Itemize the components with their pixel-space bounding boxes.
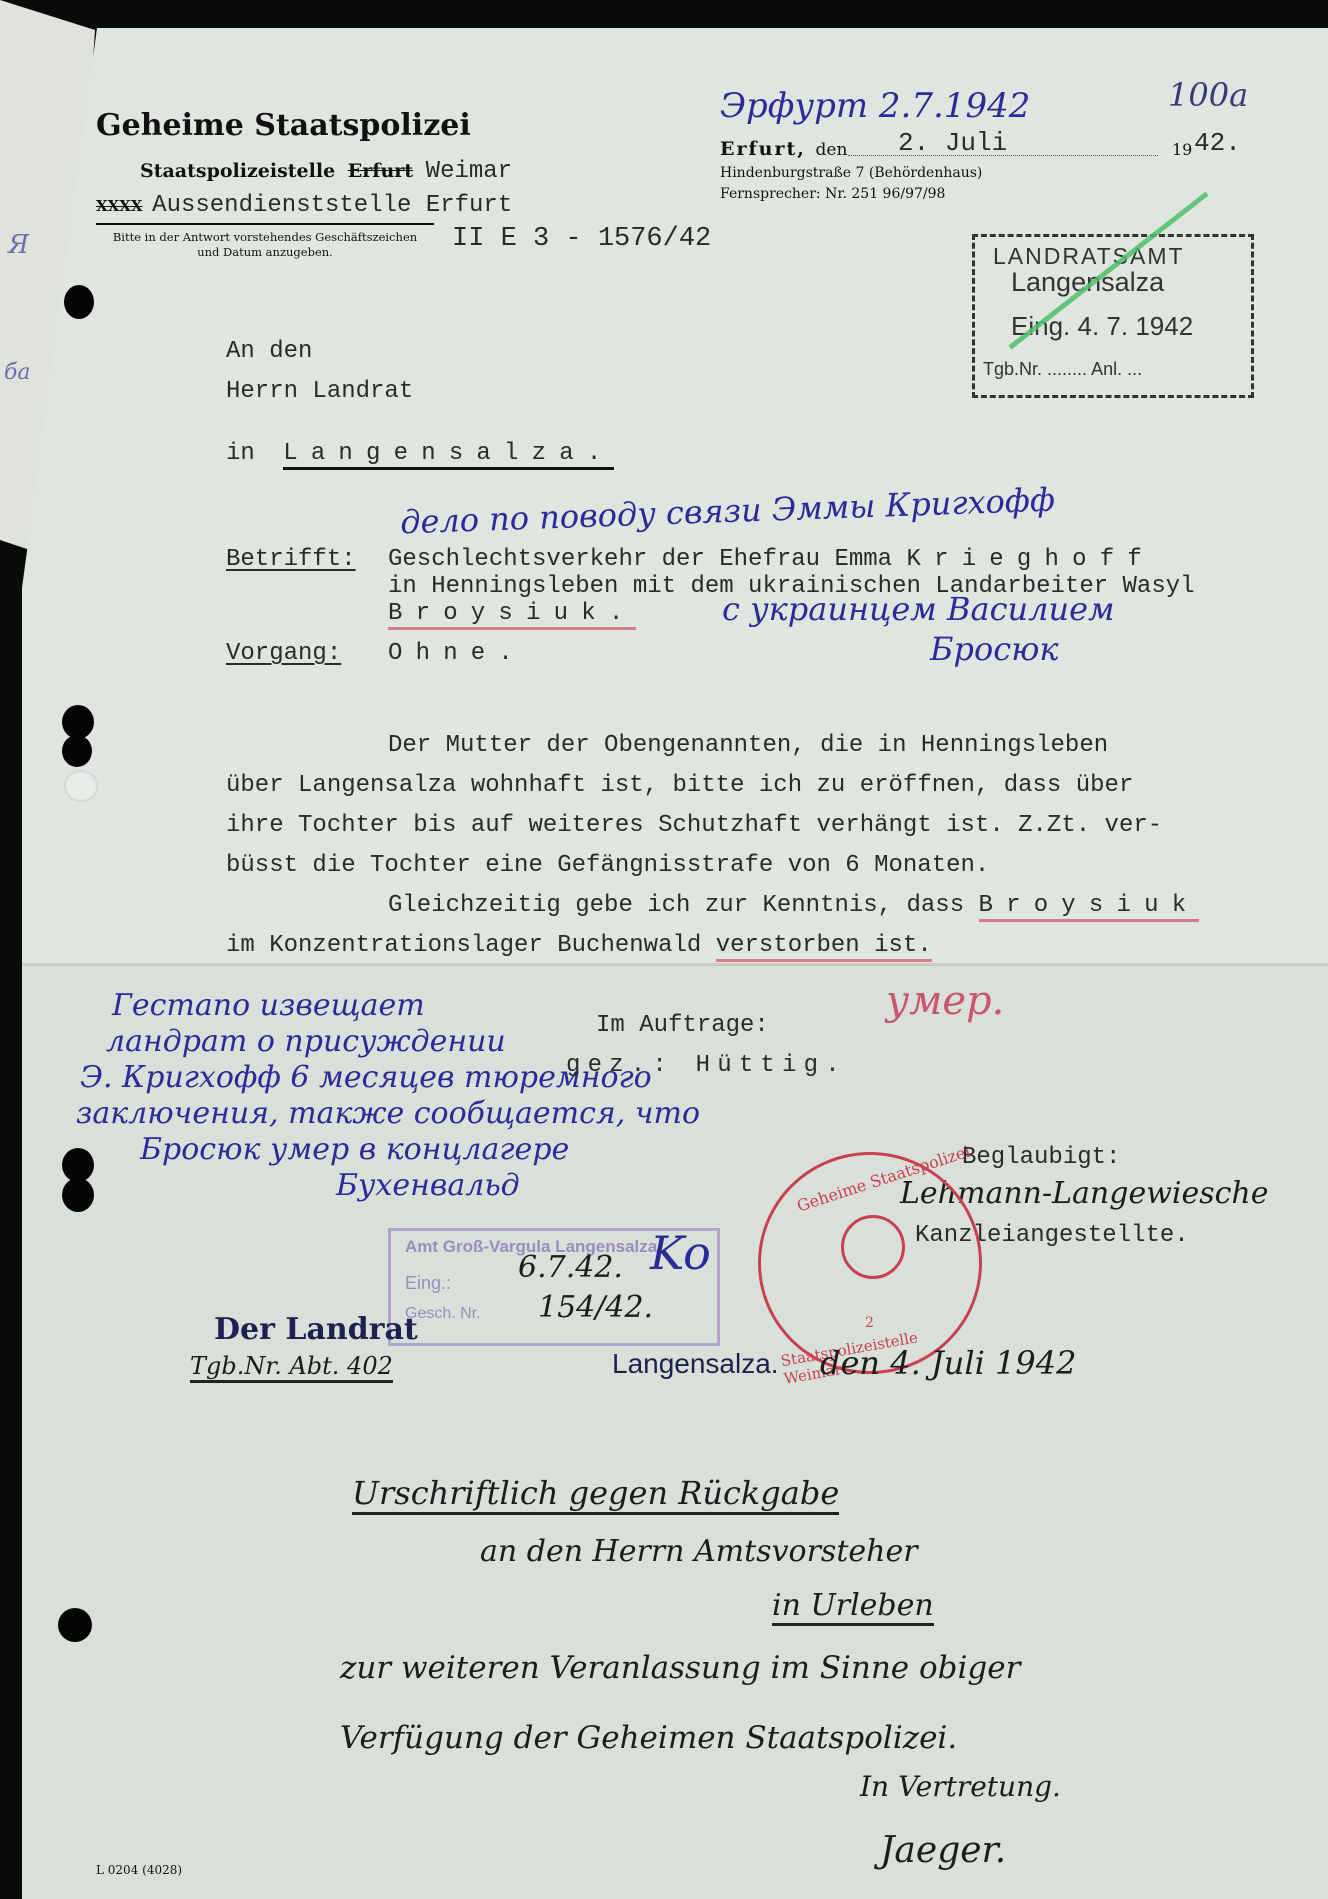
landrat-city: Langensalza.	[612, 1348, 779, 1380]
date-year-suffix: 42.	[1194, 128, 1241, 158]
letterhead-rule	[96, 223, 434, 225]
punch-hole	[64, 770, 98, 802]
violet-eing-value: 6.7.42.	[518, 1250, 623, 1285]
receipt-stamp: LANDRATSAMT Langensalza Eing. 4. 7. 1942…	[972, 234, 1254, 398]
violet-gesch-value: 154/42.	[538, 1290, 653, 1325]
branch-name: Aussendienststelle Erfurt	[152, 192, 512, 219]
subject-text: Geschlechtsverkehr der Ehefrau Emma	[388, 546, 892, 573]
subject-label: Betrifft:	[226, 546, 356, 573]
stamp-anl-label: Anl.	[1091, 359, 1122, 379]
fold-line	[22, 963, 1328, 966]
body-line: über Langensalza wohnhaft ist, bitte ich…	[226, 772, 1133, 799]
summary-line: Бросюк умер в концлагере	[76, 1132, 700, 1168]
office-typed: Weimar	[426, 158, 512, 185]
summary-line: заключения, также сообщается, что	[76, 1096, 700, 1132]
stamp-line1: LANDRATSAMT	[993, 243, 1185, 270]
landrat-tgb: Tgb.Nr. Abt. 402	[190, 1352, 393, 1383]
stamp-eing-value: 4. 7. 1942	[1078, 311, 1194, 341]
punch-hole	[58, 1608, 92, 1642]
date-year-prefix: 19	[1172, 140, 1192, 159]
stamp-tgb: Tgb.Nr. ........ Anl. ...	[983, 359, 1142, 380]
landrat-heading: Der Landrat	[214, 1312, 418, 1347]
office-address: Hindenburgstraße 7 (Behördenhaus)	[720, 165, 982, 181]
body-line: im Konzentrationslager Buchenwald versto…	[226, 932, 932, 959]
initials-annotation: Ko	[650, 1226, 711, 1280]
office-line: Staatspolizeistelle Erfurt Weimar	[140, 158, 512, 185]
body-text-underlined: verstorben ist.	[716, 932, 932, 962]
russian-annotation-right: с украинцем Василием	[722, 590, 1115, 628]
punch-hole	[64, 285, 94, 319]
date-line: Erfurt, den	[720, 138, 847, 160]
reference-number: II E 3 - 1576/42	[452, 224, 711, 254]
office-phone: Fernsprecher: Nr. 251 96/97/98	[720, 186, 945, 202]
red-annotation: умер.	[886, 978, 1004, 1024]
addressee-city-line: in Langensalza.	[226, 440, 614, 467]
reference-note-line: Bitte in der Antwort vorstehendes Geschä…	[94, 230, 436, 245]
date-city: Erfurt,	[720, 138, 806, 160]
landrat-date: den 4. Juli 1942	[820, 1344, 1076, 1382]
reference-note-line: und Datum anzugeben.	[94, 245, 436, 260]
seal-number: 2	[865, 1315, 874, 1331]
gez-huettig: gez.: Hüttig.	[566, 1052, 847, 1079]
office-struck: Erfurt	[348, 160, 413, 182]
im-auftrage: Im Auftrage:	[596, 1012, 769, 1039]
margin-scribble: Я	[8, 230, 29, 260]
eagle-swastika-icon	[841, 1215, 905, 1279]
vorgang-label: Vorgang:	[226, 640, 341, 667]
addressee: An den Herrn Landrat	[226, 332, 413, 412]
addressee-city: Langensalza.	[283, 440, 614, 470]
violet-eing-label: Eing.:	[405, 1273, 451, 1294]
body-line: Gleichzeitig gebe ich zur Kenntnis, dass…	[388, 892, 1199, 919]
forwarding-line: In Vertretung.	[860, 1770, 1061, 1803]
branch-struck: XXXX	[96, 197, 143, 215]
subject-name: Krieghoff	[907, 546, 1155, 573]
punch-hole	[62, 705, 94, 739]
beglaubigt: Beglaubigt:	[962, 1144, 1120, 1171]
russian-date-annotation: Эрфурт 2.7.1942	[720, 86, 1030, 126]
body-line: ihre Tochter bis auf weiteres Schutzhaft…	[226, 812, 1162, 839]
forwarding-line: zur weiteren Veranlassung im Sinne obige…	[340, 1650, 1020, 1686]
russian-annotation-name: Бросюк	[930, 630, 1058, 668]
forwarding-line: Urschriftlich gegen Rückgabe	[352, 1474, 839, 1515]
gestapo-seal: Geheime Staatspolizei 2 Staatspolizeiste…	[758, 1152, 982, 1374]
form-number: L 0204 (4028)	[96, 1863, 182, 1877]
stamp-tgb-label: Tgb.Nr.	[983, 359, 1042, 379]
forwarding-line: Verfügung der Geheimen Staatspolizei.	[340, 1720, 957, 1756]
branch-line: XXXX Aussendienststelle Erfurt	[96, 192, 512, 219]
addressee-line: Herrn Landrat	[226, 372, 413, 412]
subject-line3: Broysiuk.	[388, 600, 636, 630]
reference-note: Bitte in der Antwort vorstehendes Geschä…	[94, 230, 436, 260]
summary-line: Бухенвальд	[76, 1168, 700, 1204]
date-den: den	[816, 140, 848, 160]
margin-scribble: ба	[4, 360, 31, 385]
body-name: Broysiuk	[979, 892, 1200, 922]
body-text: im Konzentrationslager Buchenwald	[226, 932, 701, 959]
date-day-month: 2. Juli	[898, 128, 1007, 158]
body-text: Gleichzeitig gebe ich zur Kenntnis, dass	[388, 892, 964, 919]
forwarding-line: in Urleben	[772, 1588, 934, 1626]
vorgang-value: Ohne.	[388, 640, 526, 667]
page-number: 100a	[1168, 76, 1248, 114]
addressee-in: in	[226, 440, 255, 467]
agency-name: Geheime Staatspolizei	[96, 108, 471, 143]
body-line: Der Mutter der Obengenannten, die in Hen…	[388, 732, 1108, 759]
subject-line1: Geschlechtsverkehr der Ehefrau Emma Krie…	[388, 546, 1155, 573]
forwarding-line: an den Herrn Amtsvorsteher	[480, 1534, 918, 1569]
office-prefix: Staatspolizeistelle	[140, 160, 335, 182]
body-line: büsst die Tochter eine Gefängnisstrafe v…	[226, 852, 989, 879]
addressee-line: An den	[226, 332, 413, 372]
forwarding-signature: Jaeger.	[880, 1830, 1006, 1871]
punch-hole	[62, 735, 92, 767]
